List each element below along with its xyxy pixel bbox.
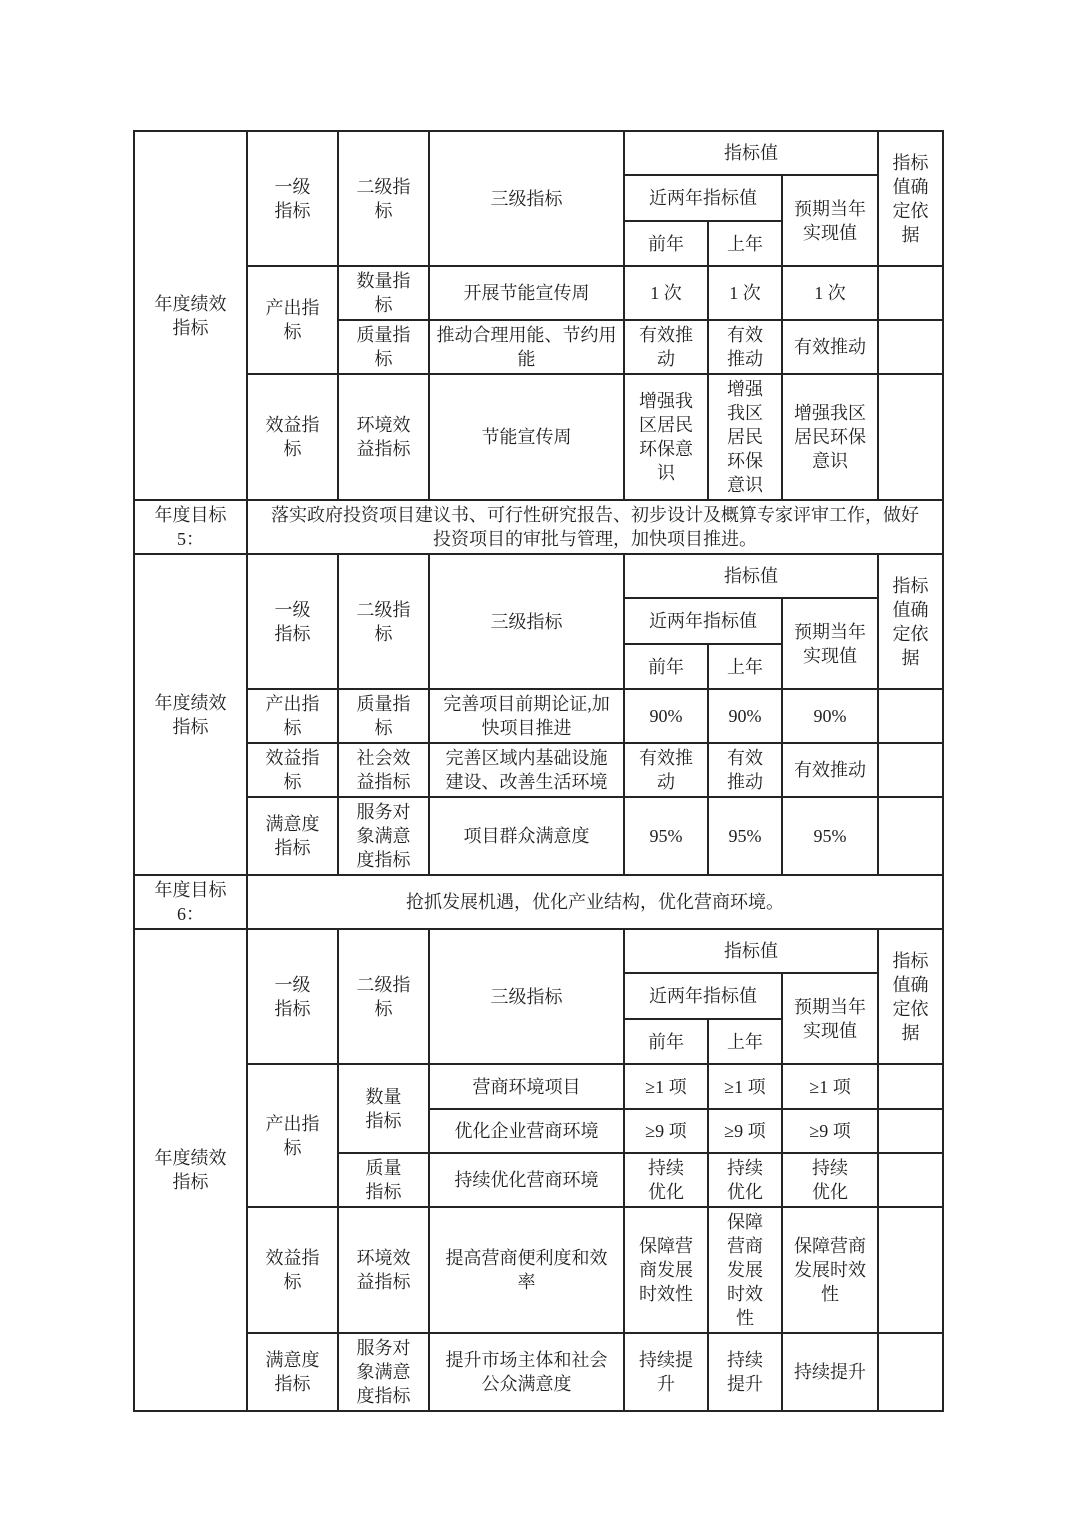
header-expected-current: 预期当年 实现值 — [782, 973, 878, 1064]
row-label-annual-performance: 年度绩效 指标 — [134, 929, 247, 1411]
cell-prev-year-value: 增强我 区居民 环保意 识 — [624, 374, 708, 500]
cell-basis-empty — [878, 1064, 943, 1109]
cell-expected-value: ≥1 项 — [782, 1064, 878, 1109]
table-row: 效益指 标 社会效 益指标 完善区域内基础设施 建设、改善生活环境 有效推 动 … — [134, 743, 943, 797]
header-row-1: 年度绩效 指标 一级 指标 二级指 标 三级指标 指标值 指标 值确 定依 据 — [134, 554, 943, 598]
cell-level1-indicator: 效益指 标 — [247, 374, 338, 500]
header-level2: 二级指 标 — [338, 131, 429, 266]
cell-prev-year-value: 有效推 动 — [624, 320, 708, 374]
cell-level2-indicator: 社会效 益指标 — [338, 743, 429, 797]
header-indicator-value: 指标值 — [624, 929, 878, 973]
cell-prev-year-value: 保障营 商发展 时效性 — [624, 1207, 708, 1333]
cell-expected-value: 有效推动 — [782, 320, 878, 374]
table-row: 年度目标 6： 抢抓发展机遇，优化产业结构，优化营商环境。 — [134, 875, 943, 929]
cell-expected-value: 90% — [782, 689, 878, 743]
indicator-table-2: 年度绩效 指标 一级 指标 二级指 标 三级指标 指标值 指标 值确 定依 据 … — [133, 553, 944, 876]
cell-level3-indicator: 持续优化营商环境 — [429, 1153, 624, 1207]
cell-last-year-value: ≥1 项 — [708, 1064, 782, 1109]
cell-level2-indicator: 服务对 象满意 度指标 — [338, 797, 429, 875]
cell-expected-value: 95% — [782, 797, 878, 875]
cell-level3-indicator: 提高营商便利度和效 率 — [429, 1207, 624, 1333]
table-row: 满意度 指标 服务对 象满意 度指标 项目群众满意度 95% 95% 95% — [134, 797, 943, 875]
cell-level3-indicator: 项目群众满意度 — [429, 797, 624, 875]
table-row: 满意度 指标 服务对 象满意 度指标 提升市场主体和社会 公众满意度 持续提 升… — [134, 1333, 943, 1411]
header-indicator-value: 指标值 — [624, 131, 878, 175]
header-level3: 三级指标 — [429, 554, 624, 689]
performance-indicator-document: 年度绩效 指标 一级 指标 二级指 标 三级指标 指标值 指标 值确 定依 据 … — [133, 130, 942, 1412]
header-year-before-last: 前年 — [624, 221, 708, 266]
cell-last-year-value: 1 次 — [708, 266, 782, 320]
header-level1: 一级 指标 — [247, 929, 338, 1064]
document-page: { "page": { "background": "#ffffff", "te… — [0, 0, 1074, 1520]
header-level3: 三级指标 — [429, 131, 624, 266]
cell-expected-value: 保障营商 发展时效 性 — [782, 1207, 878, 1333]
header-value-basis: 指标 值确 定依 据 — [878, 929, 943, 1064]
table-row: 产出指 标 数量指 标 开展节能宣传周 1 次 1 次 1 次 — [134, 266, 943, 320]
header-last-year: 上年 — [708, 1019, 782, 1064]
cell-basis-empty — [878, 1207, 943, 1333]
cell-level2-indicator: 环境效 益指标 — [338, 374, 429, 500]
cell-level3-indicator: 完善区域内基础设施 建设、改善生活环境 — [429, 743, 624, 797]
cell-level2-indicator: 环境效 益指标 — [338, 1207, 429, 1333]
header-level2: 二级指 标 — [338, 554, 429, 689]
cell-basis-empty — [878, 1333, 943, 1411]
cell-basis-empty — [878, 266, 943, 320]
cell-basis-empty — [878, 743, 943, 797]
goal5-text: 落实政府投资项目建议书、可行性研究报告、初步设计及概算专家评审工作，做好 投资项… — [247, 500, 943, 554]
cell-prev-year-value: 有效推 动 — [624, 743, 708, 797]
cell-expected-value: 持续提升 — [782, 1333, 878, 1411]
cell-level1-indicator: 产出指 标 — [247, 689, 338, 743]
cell-last-year-value: 95% — [708, 797, 782, 875]
header-level2: 二级指 标 — [338, 929, 429, 1064]
cell-expected-value: 1 次 — [782, 266, 878, 320]
header-level3: 三级指标 — [429, 929, 624, 1064]
cell-last-year-value: 有效 推动 — [708, 743, 782, 797]
cell-last-year-value: 有效 推动 — [708, 320, 782, 374]
table-row: 效益指 标 环境效 益指标 节能宣传周 增强我 区居民 环保意 识 增强 我区 … — [134, 374, 943, 500]
cell-level3-indicator: 营商环境项目 — [429, 1064, 624, 1109]
header-row-1: 年度绩效 指标 一级 指标 二级指 标 三级指标 指标值 指标 值确 定依 据 — [134, 929, 943, 973]
goal6-text: 抢抓发展机遇，优化产业结构，优化营商环境。 — [247, 875, 943, 929]
cell-basis-empty — [878, 374, 943, 500]
cell-level1-indicator: 产出指 标 — [247, 266, 338, 374]
cell-level1-indicator: 满意度 指标 — [247, 1333, 338, 1411]
cell-level3-indicator: 完善项目前期论证,加 快项目推进 — [429, 689, 624, 743]
cell-level1-indicator: 满意度 指标 — [247, 797, 338, 875]
cell-last-year-value: 增强 我区 居民 环保 意识 — [708, 374, 782, 500]
cell-expected-value: 持续 优化 — [782, 1153, 878, 1207]
header-expected-current: 预期当年 实现值 — [782, 175, 878, 266]
header-recent-two-years: 近两年指标值 — [624, 175, 782, 221]
header-last-year: 上年 — [708, 221, 782, 266]
goal5-label: 年度目标 5： — [134, 500, 247, 554]
cell-prev-year-value: 持续提 升 — [624, 1333, 708, 1411]
cell-level1-indicator: 效益指 标 — [247, 1207, 338, 1333]
cell-expected-value: 有效推动 — [782, 743, 878, 797]
table-row: 产出指 标 数量 指标 营商环境项目 ≥1 项 ≥1 项 ≥1 项 — [134, 1064, 943, 1109]
cell-prev-year-value: 1 次 — [624, 266, 708, 320]
cell-level2-indicator: 数量 指标 — [338, 1064, 429, 1153]
annual-goal-6-row: 年度目标 6： 抢抓发展机遇，优化产业结构，优化营商环境。 — [133, 874, 944, 930]
table-row: 年度目标 5： 落实政府投资项目建议书、可行性研究报告、初步设计及概算专家评审工… — [134, 500, 943, 554]
header-year-before-last: 前年 — [624, 1019, 708, 1064]
table-row: 效益指 标 环境效 益指标 提高营商便利度和效 率 保障营 商发展 时效性 保障… — [134, 1207, 943, 1333]
cell-level1-indicator: 效益指 标 — [247, 743, 338, 797]
header-indicator-value: 指标值 — [624, 554, 878, 598]
cell-level2-indicator: 质量指 标 — [338, 689, 429, 743]
annual-goal-5-row: 年度目标 5： 落实政府投资项目建议书、可行性研究报告、初步设计及概算专家评审工… — [133, 499, 944, 555]
cell-last-year-value: 持续 优化 — [708, 1153, 782, 1207]
cell-last-year-value: ≥9 项 — [708, 1109, 782, 1153]
header-level1: 一级 指标 — [247, 554, 338, 689]
cell-last-year-value: 持续 提升 — [708, 1333, 782, 1411]
cell-basis-empty — [878, 1109, 943, 1153]
header-year-before-last: 前年 — [624, 644, 708, 689]
cell-level3-indicator: 开展节能宣传周 — [429, 266, 624, 320]
cell-basis-empty — [878, 1153, 943, 1207]
cell-prev-year-value: ≥1 项 — [624, 1064, 708, 1109]
cell-level3-indicator: 提升市场主体和社会 公众满意度 — [429, 1333, 624, 1411]
cell-level3-indicator: 推动合理用能、节约用 能 — [429, 320, 624, 374]
header-recent-two-years: 近两年指标值 — [624, 598, 782, 644]
cell-basis-empty — [878, 320, 943, 374]
cell-last-year-value: 90% — [708, 689, 782, 743]
header-expected-current: 预期当年 实现值 — [782, 598, 878, 689]
cell-level2-indicator: 质量 指标 — [338, 1153, 429, 1207]
header-recent-two-years: 近两年指标值 — [624, 973, 782, 1019]
header-value-basis: 指标 值确 定依 据 — [878, 554, 943, 689]
header-level1: 一级 指标 — [247, 131, 338, 266]
cell-prev-year-value: ≥9 项 — [624, 1109, 708, 1153]
cell-expected-value: 增强我区 居民环保 意识 — [782, 374, 878, 500]
cell-last-year-value: 保障 营商 发展 时效 性 — [708, 1207, 782, 1333]
cell-level2-indicator: 质量指 标 — [338, 320, 429, 374]
header-last-year: 上年 — [708, 644, 782, 689]
cell-level2-indicator: 服务对 象满意 度指标 — [338, 1333, 429, 1411]
header-row-1: 年度绩效 指标 一级 指标 二级指 标 三级指标 指标值 指标 值确 定依 据 — [134, 131, 943, 175]
cell-expected-value: ≥9 项 — [782, 1109, 878, 1153]
goal6-label: 年度目标 6： — [134, 875, 247, 929]
indicator-table-3: 年度绩效 指标 一级 指标 二级指 标 三级指标 指标值 指标 值确 定依 据 … — [133, 928, 944, 1412]
cell-prev-year-value: 95% — [624, 797, 708, 875]
cell-level3-indicator: 优化企业营商环境 — [429, 1109, 624, 1153]
row-label-annual-performance: 年度绩效 指标 — [134, 131, 247, 500]
row-label-annual-performance: 年度绩效 指标 — [134, 554, 247, 875]
indicator-table-1: 年度绩效 指标 一级 指标 二级指 标 三级指标 指标值 指标 值确 定依 据 … — [133, 130, 944, 501]
cell-level1-indicator: 产出指 标 — [247, 1064, 338, 1207]
cell-level2-indicator: 数量指 标 — [338, 266, 429, 320]
header-value-basis: 指标 值确 定依 据 — [878, 131, 943, 266]
table-row: 产出指 标 质量指 标 完善项目前期论证,加 快项目推进 90% 90% 90% — [134, 689, 943, 743]
cell-basis-empty — [878, 689, 943, 743]
cell-prev-year-value: 持续 优化 — [624, 1153, 708, 1207]
cell-prev-year-value: 90% — [624, 689, 708, 743]
cell-basis-empty — [878, 797, 943, 875]
cell-level3-indicator: 节能宣传周 — [429, 374, 624, 500]
